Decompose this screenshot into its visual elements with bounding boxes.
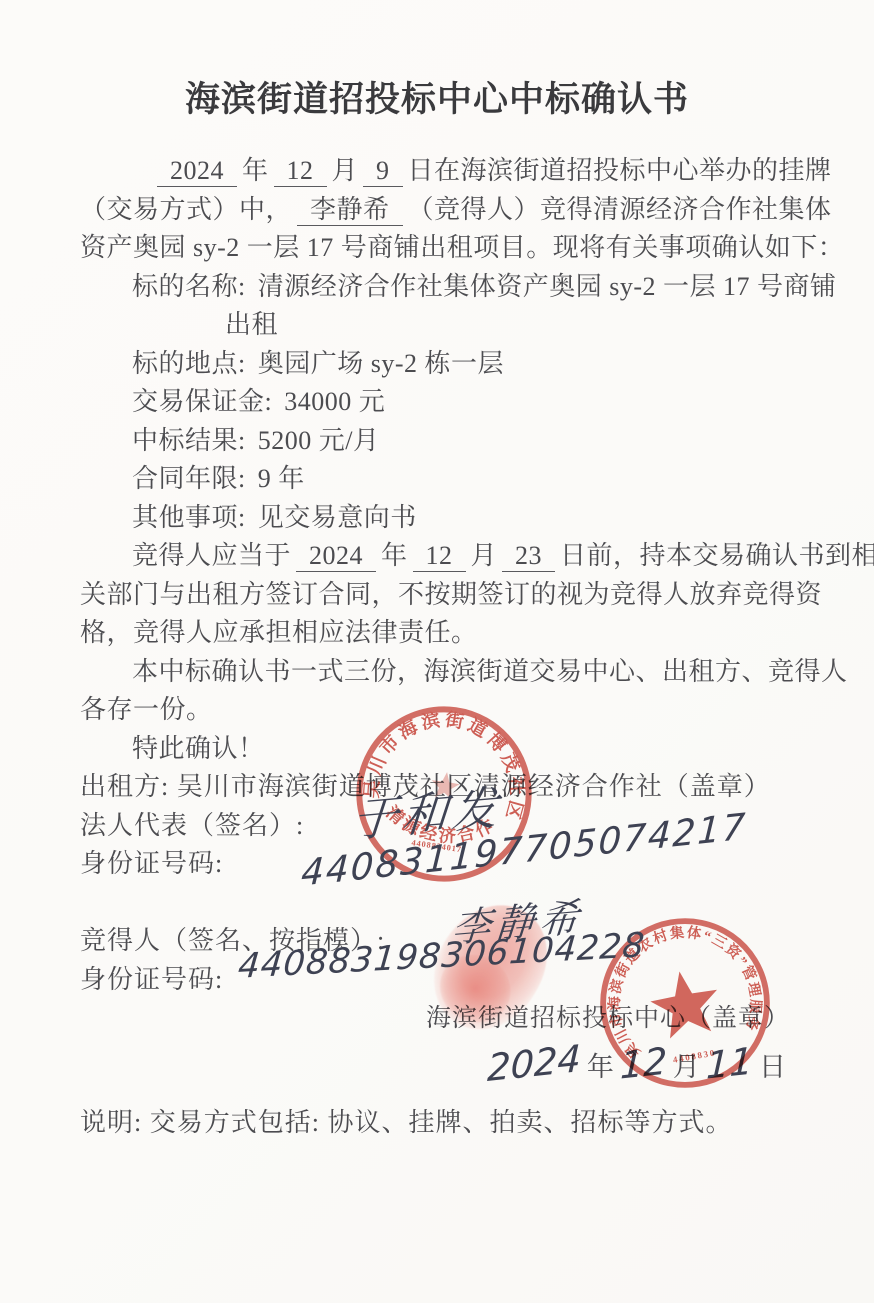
intro-line-3: 资产奥园 sy-2 一层 17 号商铺出租项目。现将有关事项确认如下： xyxy=(80,229,794,268)
deadline-line-1: 竞得人应当于2024年12月23日前，持本交易确认书到相 xyxy=(80,537,794,576)
center-seal-code: 4408830 xyxy=(672,1047,717,1064)
item-name-value: 清源经济合作社集体资产奥园 sy-2 一层 17 号商铺 xyxy=(258,272,837,301)
item-name-continuation: 出租 xyxy=(80,306,794,345)
seal-star-icon xyxy=(646,966,724,1041)
intro-month-blank: 12 xyxy=(274,156,327,187)
deadline-month-blank: 12 xyxy=(413,541,466,572)
item-other: 其他事项:见交易意向书 xyxy=(80,499,794,538)
footnote: 说明: 交易方式包括: 协议、挂牌、拍卖、招标等方式。 xyxy=(80,1102,732,1139)
intro-line2-post: （竞得人）竞得清源经济合作社集体 xyxy=(408,195,832,224)
item-other-value: 见交易意向书 xyxy=(258,503,417,532)
item-result: 中标结果:5200 元/月 xyxy=(80,422,794,461)
deadline-year-blank: 2024 xyxy=(296,541,376,572)
item-other-label: 其他事项: xyxy=(132,503,246,532)
intro-year-label: 年 xyxy=(242,156,269,185)
winner-name-blank: 李静希 xyxy=(297,195,403,226)
deadline-line-2: 关部门与出租方签订合同，不按期签订的视为竞得人放弃竞得资 xyxy=(80,576,794,615)
item-term: 合同年限:9 年 xyxy=(80,460,794,499)
item-result-value: 5200 元/月 xyxy=(258,426,380,455)
intro-day-tail: 日在海滨街道招投标中心举办的挂牌 xyxy=(408,156,832,185)
intro-day-blank: 9 xyxy=(363,156,403,187)
deadline-line1-tail: 日前，持本交易确认书到相 xyxy=(560,541,874,570)
scanned-document-page: 海滨街道招投标中心中标确认书 2024年12月9日在海滨街道招投标中心举办的挂牌… xyxy=(0,0,874,1303)
item-location: 标的地点:奥园广场 sy-2 栋一层 xyxy=(80,345,794,384)
item-location-label: 标的地点: xyxy=(132,349,246,378)
item-term-label: 合同年限: xyxy=(132,464,246,493)
intro-line2-pre: （交易方式）中， xyxy=(80,195,292,224)
item-deposit-value: 34000 元 xyxy=(284,387,385,416)
deadline-pre: 竞得人应当于 xyxy=(132,541,291,570)
date-year-handwritten: 2024 xyxy=(486,1037,581,1090)
intro-month-label: 月 xyxy=(332,156,359,185)
item-name: 标的名称:清源经济合作社集体资产奥园 sy-2 一层 17 号商铺 xyxy=(80,268,794,307)
item-location-value: 奥园广场 sy-2 栋一层 xyxy=(258,349,504,378)
deadline-month-label: 月 xyxy=(471,541,498,570)
deadline-day-blank: 23 xyxy=(502,541,555,572)
document-title: 海滨街道招投标中心中标确认书 xyxy=(0,0,874,122)
deadline-line-3: 格，竞得人应承担相应法律责任。 xyxy=(80,614,794,653)
item-result-label: 中标结果: xyxy=(132,426,246,455)
copies-line-1: 本中标确认书一式三份，海滨街道交易中心、出租方、竞得人 xyxy=(80,653,794,692)
deadline-year-label: 年 xyxy=(381,541,408,570)
intro-line-1: 2024年12月9日在海滨街道招投标中心举办的挂牌 xyxy=(80,152,794,191)
item-deposit-label: 交易保证金: xyxy=(132,387,272,416)
intro-year-blank: 2024 xyxy=(157,156,237,187)
item-deposit: 交易保证金:34000 元 xyxy=(80,383,794,422)
intro-line-2: （交易方式）中，李静希（竞得人）竞得清源经济合作社集体 xyxy=(80,191,794,230)
item-term-value: 9 年 xyxy=(258,464,305,493)
item-name-label: 标的名称: xyxy=(132,272,246,301)
